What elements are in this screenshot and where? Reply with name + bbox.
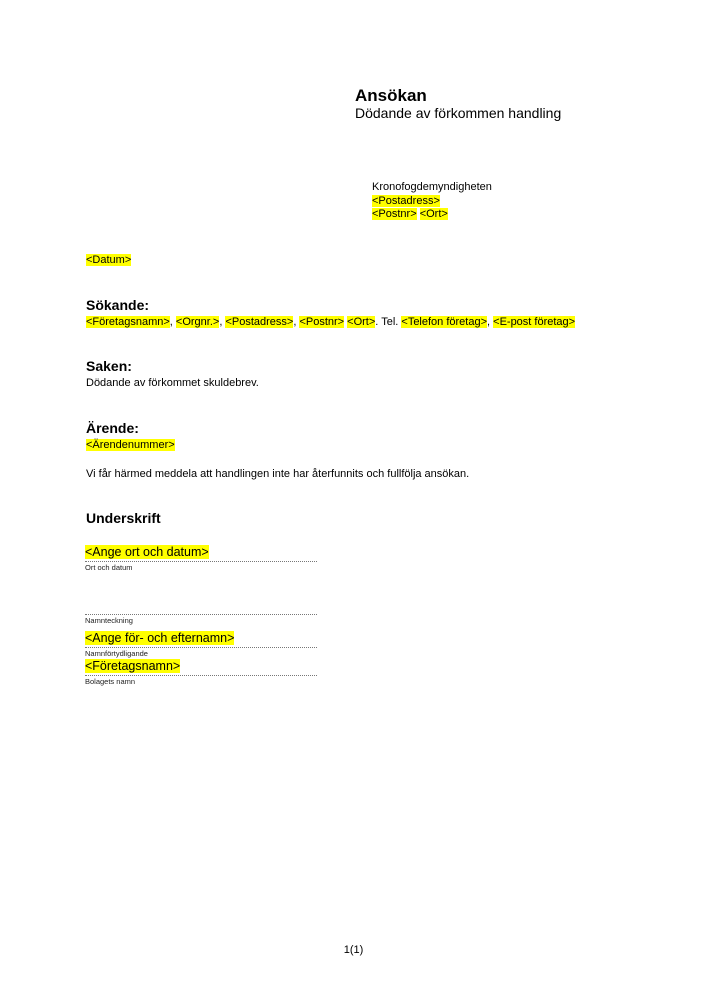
applicant-email-field[interactable]: <E-post företag> <box>493 316 575 328</box>
place-date-field[interactable]: <Ange ort och datum> <box>85 545 209 559</box>
applicant-phone-field[interactable]: <Telefon företag> <box>401 316 487 328</box>
name-clarification-block: <Ange för- och efternamn> Namnförtydliga… <box>85 629 317 658</box>
recipient-name: Kronofogdemyndigheten <box>372 181 492 195</box>
applicant-company-field[interactable]: <Företagsnamn> <box>86 316 170 328</box>
document-title: Ansökan <box>355 86 427 106</box>
applicant-details: <Företagsnamn>, <Orgnr.>, <Postadress>, … <box>86 316 575 329</box>
recipient-ort-field[interactable]: <Ort> <box>420 208 448 220</box>
recipient-postnr-field[interactable]: <Postnr> <box>372 208 417 220</box>
date-field[interactable]: <Datum> <box>86 254 131 266</box>
place-date-block: <Ange ort och datum> Ort och datum <box>85 543 317 572</box>
case-heading: Ärende: <box>86 420 139 437</box>
separator: , <box>170 316 176 328</box>
applicant-address-field[interactable]: <Postadress> <box>225 316 293 328</box>
document-subtitle: Dödande av förkommen handling <box>355 105 561 122</box>
applicant-postnr-field[interactable]: <Postnr> <box>299 316 344 328</box>
page-number: 1(1) <box>0 944 707 956</box>
name-clarification-field[interactable]: <Ange för- och efternamn> <box>85 631 234 645</box>
recipient-postal-address-field[interactable]: <Postadress> <box>372 195 440 207</box>
matter-text: Dödande av förkommet skuldebrev. <box>86 377 259 390</box>
signature-caption: Namnteckning <box>85 616 317 625</box>
signature-line[interactable] <box>85 614 317 615</box>
signature-block: Namnteckning <box>85 614 317 625</box>
tel-label: Tel. <box>381 316 398 328</box>
matter-heading: Saken: <box>86 358 132 375</box>
company-name-field[interactable]: <Företagsnamn> <box>85 659 180 673</box>
case-number-field[interactable]: <Ärendenummer> <box>86 439 175 451</box>
recipient-address-block: Kronofogdemyndigheten <Postadress> <Post… <box>372 181 492 222</box>
date-line: <Datum> <box>86 254 131 267</box>
case-number-line: <Ärendenummer> <box>86 439 175 452</box>
applicant-ort-field[interactable]: <Ort> <box>347 316 375 328</box>
company-name-block: <Företagsnamn> Bolagets namn <box>85 657 317 686</box>
applicant-heading: Sökande: <box>86 297 149 314</box>
place-date-line <box>85 561 317 562</box>
company-name-caption: Bolagets namn <box>85 677 317 686</box>
statement-text: Vi får härmed meddela att handlingen int… <box>86 468 469 481</box>
applicant-orgnr-field[interactable]: <Orgnr.> <box>176 316 219 328</box>
signature-heading: Underskrift <box>86 510 161 527</box>
name-clarification-line <box>85 647 317 648</box>
company-name-line <box>85 675 317 676</box>
place-date-caption: Ort och datum <box>85 563 317 572</box>
